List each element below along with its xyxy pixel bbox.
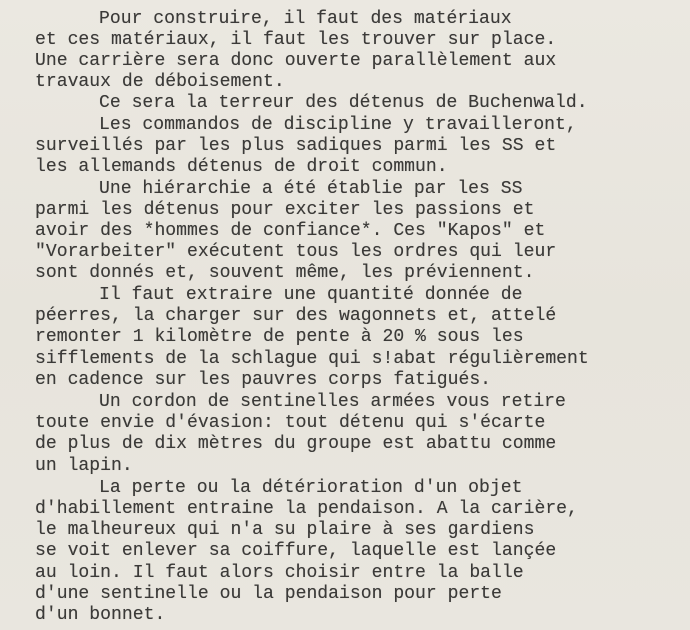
typewritten-page: Pour construire, il faut des matériaux e… [0, 0, 690, 630]
text-line: La perte ou la détérioration d'un objet [99, 478, 522, 499]
text-line: Les commandos de discipline y travailler… [99, 115, 577, 136]
text-line: d'un bonnet. [35, 605, 165, 626]
text-line: au loin. Il faut alors choisir entre la … [35, 563, 524, 584]
text-line: Un cordon de sentinelles armées vous ret… [99, 392, 566, 413]
text-line: surveillés par les plus sadiques parmi l… [35, 136, 556, 157]
text-line: Pour construire, il faut des matériaux [99, 9, 512, 30]
text-line: "Vorarbeiter" exécutent tous les ordres … [35, 242, 556, 263]
text-line: toute envie d'évasion: tout détenu qui s… [35, 413, 545, 434]
text-line: en cadence sur les pauvres corps fatigué… [35, 370, 491, 391]
text-line: d'habillement entraine la pendaison. A l… [35, 499, 578, 520]
text-line: Une carrière sera donc ouverte parallèle… [35, 51, 556, 72]
text-line: sifflements de la schlague qui s!abat ré… [35, 349, 589, 370]
text-line: Il faut extraire une quantité donnée de [99, 285, 522, 306]
text-line: avoir des *hommes de confiance*. Ces "Ka… [35, 221, 545, 242]
text-line: parmi les détenus pour exciter les passi… [35, 200, 534, 221]
text-line: remonter 1 kilomètre de pente à 20 % sou… [35, 327, 524, 348]
text-line: le malheureux qui n'a su plaire à ses ga… [35, 520, 534, 541]
text-line: les allemands détenus de droit commun. [35, 157, 448, 178]
text-line: péerres, la charger sur des wagonnets et… [35, 306, 556, 327]
text-line: et ces matériaux, il faut les trouver su… [35, 30, 556, 51]
text-line: Une hiérarchie a été établie par les SS [99, 179, 522, 200]
text-line: d'une sentinelle ou la pendaison pour pe… [35, 584, 502, 605]
text-line: se voit enlever sa coiffure, laquelle es… [35, 541, 556, 562]
text-line: Ce sera la terreur des détenus de Buchen… [99, 93, 588, 114]
text-line: sont donnés et, souvent même, les prévie… [35, 263, 534, 284]
text-line: travaux de déboisement. [35, 72, 285, 93]
text-line: de plus de dix mètres du groupe est abat… [35, 434, 556, 455]
text-line: un lapin. [35, 456, 133, 477]
